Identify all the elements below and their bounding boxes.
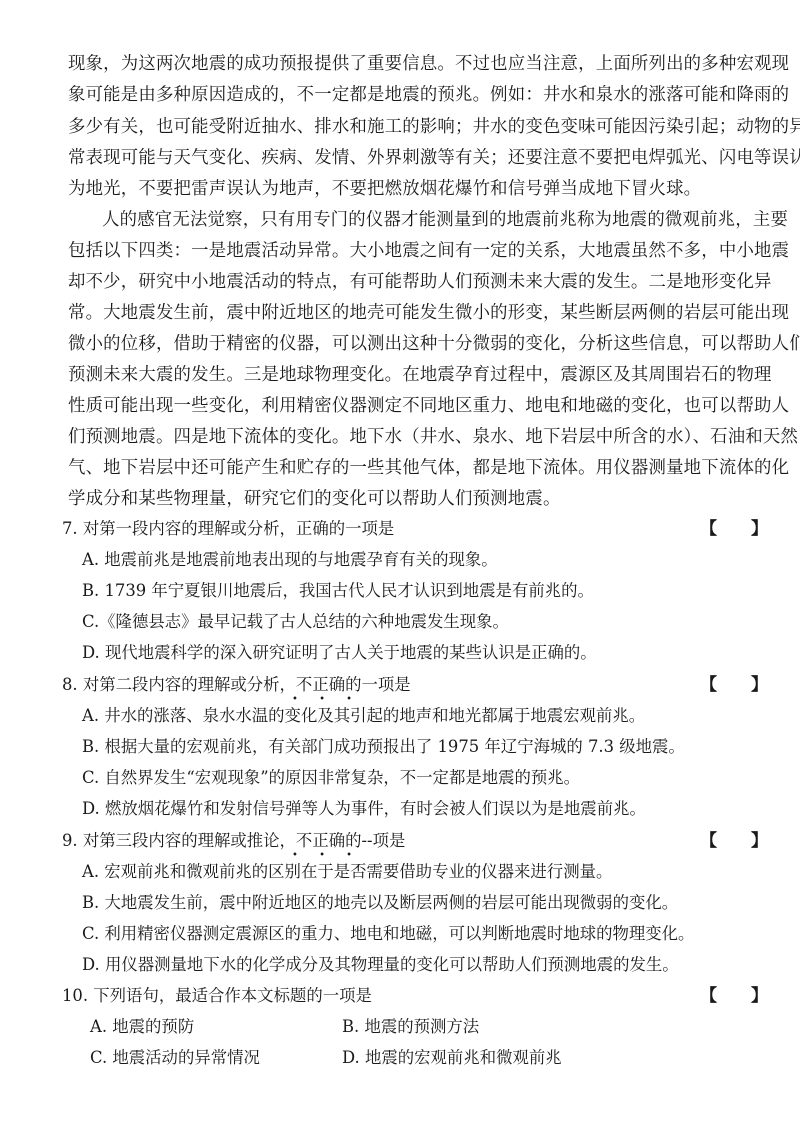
answer-bracket[interactable]: 【 】 xyxy=(700,674,768,696)
option-d: D. 地震的宏观前兆和微观前兆 xyxy=(342,1047,562,1069)
text-line: 为地光，不要把雷声误认为地声，不要把燃放烟花爆竹和信号弹当成地下冒火球。 xyxy=(68,178,760,200)
text-line: 学成分和某些物理量，研究它们的变化可以帮助人们预测地震。 xyxy=(68,488,760,510)
question-stem: 10. 下列语句，最适合作本文标题的一项是 xyxy=(62,985,702,1007)
text-line: 包括以下四类：一是地震活动异常。大小地震之间有一定的关系，大地震虽然不多，中小地… xyxy=(68,240,760,262)
text-line: 象可能是由多种原因造成的，不一定都是地震的预兆。例如：井水和泉水的涨落可能和降雨… xyxy=(68,84,760,106)
text-line: 们预测地震。四是地下流体的变化。地下水（井水、泉水、地下岩层中所含的水）、石油和… xyxy=(68,426,760,448)
option-c: C. 地震活动的异常情况 xyxy=(90,1047,260,1069)
option-a: A. 宏观前兆和微观前兆的区别在于是否需要借助专业的仪器来进行测量。 xyxy=(82,861,612,883)
option-a: A. 井水的涨落、泉水水温的变化及其引起的地声和地光都属于地震宏观前兆。 xyxy=(82,705,645,727)
option-d: D. 用仪器测量地下水的化学成分及其物理量的变化可以帮助人们预测地震的发生。 xyxy=(82,954,679,976)
text-line: 气、地下岩层中还可能产生和贮存的一些其他气体，都是地下流体。用仪器测量地下流体的… xyxy=(68,457,760,479)
text-line: 常表现可能与天气变化、疾病、发情、外界刺激等有关；还要注意不要把电焊弧光、闪电等… xyxy=(68,147,760,169)
option-c: C. 自然界发生“宏观现象”的原因非常复杂，不一定都是地震的预兆。 xyxy=(82,767,580,789)
option-b: B. 大地震发生前，震中附近地区的地壳以及断层两侧的岩层可能出现微弱的变化。 xyxy=(82,892,678,914)
option-c: C.《隆德县志》最早记载了古人总结的六种地震发生现象。 xyxy=(82,611,509,633)
option-a: A. 地震的预防 xyxy=(90,1016,194,1038)
text-line: 却不少，研究中小地震活动的特点，有可能帮助人们预测未来大震的发生。二是地形变化异 xyxy=(68,271,760,293)
text-line: 人的感官无法觉察，只有用专门的仪器才能测量到的地震前兆称为地震的微观前兆，主要 xyxy=(102,209,760,231)
emphasis-dots: • • • xyxy=(292,695,361,705)
text-line: 预测未来大震的发生。三是地球物理变化。在地震孕育过程中，震源区及其周围岩石的物理 xyxy=(68,364,760,386)
option-b: B. 地震的预测方法 xyxy=(342,1016,479,1038)
option-b: B. 根据大量的宏观前兆，有关部门成功预报出了 1975 年辽宁海城的 7.3 … xyxy=(82,736,685,758)
option-b: B. 1739 年宁夏银川地震后，我国古代人民才认识到地震是有前兆的。 xyxy=(82,580,594,602)
answer-bracket[interactable]: 【 】 xyxy=(700,830,768,852)
text-line: 性质可能出现一些变化，利用精密仪器测定不同地区重力、地电和地磁的变化，也可以帮助… xyxy=(68,395,760,417)
option-a: A. 地震前兆是地震前地表出现的与地震孕育有关的现象。 xyxy=(82,549,498,571)
answer-bracket[interactable]: 【 】 xyxy=(700,518,768,540)
exam-page: 现象，为这两次地震的成功预报提供了重要信息。不过也应当注意，上面所列出的多种宏观… xyxy=(0,0,800,1145)
option-d: D. 燃放烟花爆竹和发射信号弹等人为事件，有时会被人们误以为是地震前兆。 xyxy=(82,798,646,820)
text-line: 常。大地震发生前，震中附近地区的地壳可能发生微小的形变，某些断层两侧的岩层可能出… xyxy=(68,302,760,324)
emphasis-dots: • • • xyxy=(292,851,361,861)
text-line: 多少有关，也可能受附近抽水、排水和施工的影响；井水的变色变味可能因污染引起；动物… xyxy=(68,116,760,138)
text-line: 微小的位移，借助于精密的仪器，可以测出这种十分微弱的变化，分析这些信息，可以帮助… xyxy=(68,333,760,355)
option-c: C. 利用精密仪器测定震源区的重力、地电和地磁，可以判断地震时地球的物理变化。 xyxy=(82,923,694,945)
text-line: 现象，为这两次地震的成功预报提供了重要信息。不过也应当注意，上面所列出的多种宏观… xyxy=(68,53,760,75)
question-stem: 9. 对第三段内容的理解或推论，不正确的--项是 xyxy=(62,830,702,852)
question-stem: 8. 对第二段内容的理解或分析，不正确的一项是 xyxy=(62,674,702,696)
answer-bracket[interactable]: 【 】 xyxy=(700,985,768,1007)
question-stem: 7. 对第一段内容的理解或分析，正确的一项是 xyxy=(62,518,702,540)
option-d: D. 现代地震科学的深入研究证明了古人关于地震的某些认识是正确的。 xyxy=(82,642,597,664)
